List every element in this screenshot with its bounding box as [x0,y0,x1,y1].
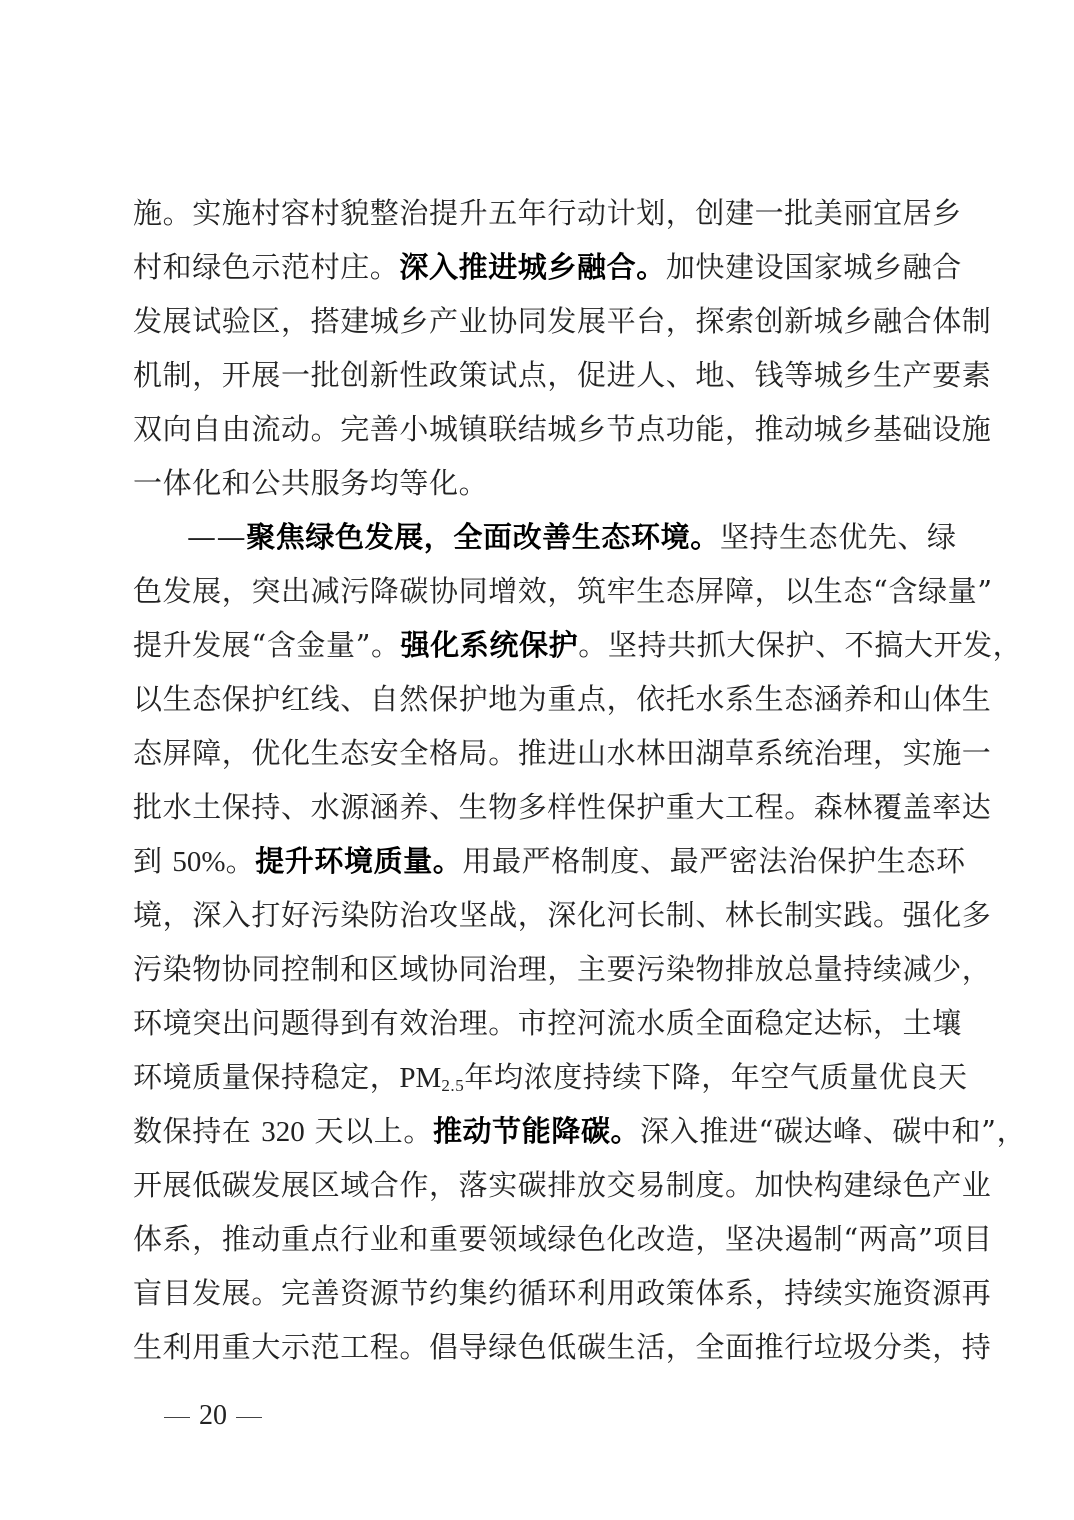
text-line: 开展低碳发展区域合作，落实碳排放交易制度。加快构建绿色产业 [133,1162,945,1216]
text-segment: 施。实施村容村貌整治提升五年行动计划，创建一批美丽宜居乡 [133,196,962,230]
text-line: 提升发展“含金量”。强化系统保护。坚持共抓大保护、不搞大开发， [133,622,945,676]
text-segment: 批水土保持、水源涵养、生物多样性保护重大工程。森林覆盖率达 [133,790,991,824]
text-segment: 。 [226,844,256,878]
text-segment: 双向自由流动。完善小城镇联结城乡节点功能，推动城乡基础设施 [133,412,991,446]
text-segment: 体系，推动重点行业和重要领域绿色化改造，坚决遏制“两高”项目 [133,1222,993,1256]
bold-heading-phrase: 提升环境质量。 [255,844,462,878]
text-line: 盲目发展。完善资源节约集约循环利用政策体系，持续实施资源再 [133,1270,945,1324]
page-number-value: 20 [199,1400,227,1431]
text-line: 态屏障，优化生态安全格局。推进山水林田湖草系统治理，实施一 [133,730,945,784]
numeric-text: 320 [261,1116,305,1148]
text-segment: 一体化和公共服务均等化。 [133,466,488,500]
text-line: 环境质量保持稳定，PM2.5年均浓度持续下降，年空气质量优良天 [133,1054,945,1108]
text-segment: 发展试验区，搭建城乡产业协同发展平台，探索创新城乡融合体制 [133,304,991,338]
text-segment: 环境质量保持稳定， [133,1060,399,1094]
text-line: 批水土保持、水源涵养、生物多样性保护重大工程。森林覆盖率达 [133,784,945,838]
page-number: 20 [155,1400,271,1432]
text-segment: —— [187,520,246,554]
text-segment: 环境突出问题得到有效治理。市控河流水质全面稳定达标，土壤 [133,1006,962,1040]
numeric-text: PM [399,1062,441,1094]
paragraph: 施。实施村容村貌整治提升五年行动计划，创建一批美丽宜居乡村和绿色示范村庄。深入推… [133,190,945,514]
text-segment: 村和绿色示范村庄。 [133,250,399,284]
text-segment: 色发展，突出减污降碳协同增效，筑牢生态屏障，以生态“含绿量” [133,574,993,608]
bold-heading-phrase: 聚焦绿色发展，全面改善生态环境。 [246,520,720,554]
text-line: 一体化和公共服务均等化。 [133,460,945,514]
text-segment: 以生态保护红线、自然保护地为重点，依托水系生态涵养和山体生 [133,682,991,716]
text-line: ——聚焦绿色发展，全面改善生态环境。坚持生态优先、绿 [133,514,945,568]
text-line: 数保持在 320 天以上。推动节能降碳。深入推进“碳达峰、碳中和”， [133,1108,945,1162]
bold-heading-phrase: 推动节能降碳。 [433,1114,640,1148]
page-number-dash-left [164,1417,190,1418]
text-segment: 境，深入打好污染防治攻坚战，深化河长制、林长制实践。强化多 [133,898,991,932]
text-segment: 天以上。 [305,1114,433,1148]
text-line: 双向自由流动。完善小城镇联结城乡节点功能，推动城乡基础设施 [133,406,945,460]
text-segment: 深入推进“碳达峰、碳中和”， [640,1114,1026,1148]
text-segment: 。坚持共抓大保护、不搞大开发， [578,628,1022,662]
bold-heading-phrase: 深入推进城乡融合。 [399,250,665,284]
text-segment: 坚持生态优先、绿 [720,520,957,554]
text-segment: 盲目发展。完善资源节约集约循环利用政策体系，持续实施资源再 [133,1276,991,1310]
text-line: 村和绿色示范村庄。深入推进城乡融合。加快建设国家城乡融合 [133,244,945,298]
text-line: 施。实施村容村貌整治提升五年行动计划，创建一批美丽宜居乡 [133,190,945,244]
text-line: 机制，开展一批创新性政策试点，促进人、地、钱等城乡生产要素 [133,352,945,406]
text-line: 环境突出问题得到有效治理。市控河流水质全面稳定达标，土壤 [133,1000,945,1054]
text-segment: 提升发展“含金量”。 [133,628,401,662]
text-line: 到 50%。提升环境质量。用最严格制度、最严密法治保护生态环 [133,838,945,892]
text-line: 体系，推动重点行业和重要领域绿色化改造，坚决遏制“两高”项目 [133,1216,945,1270]
text-segment: 年均浓度持续下降，年空气质量优良天 [464,1060,967,1094]
text-line: 生利用重大示范工程。倡导绿色低碳生活，全面推行垃圾分类，持 [133,1324,945,1378]
text-line: 发展试验区，搭建城乡产业协同发展平台，探索创新城乡融合体制 [133,298,945,352]
text-segment: 数保持在 [133,1114,261,1148]
bold-heading-phrase: 强化系统保护 [401,628,579,662]
document-page: 施。实施村容村貌整治提升五年行动计划，创建一批美丽宜居乡村和绿色示范村庄。深入推… [0,0,1074,1520]
text-segment: 到 [133,844,172,878]
numeric-text: 50% [172,846,225,878]
body-text: 施。实施村容村貌整治提升五年行动计划，创建一批美丽宜居乡村和绿色示范村庄。深入推… [133,190,945,1378]
text-line: 以生态保护红线、自然保护地为重点，依托水系生态涵养和山体生 [133,676,945,730]
paragraph: ——聚焦绿色发展，全面改善生态环境。坚持生态优先、绿色发展，突出减污降碳协同增效… [133,514,945,1378]
text-segment: 机制，开展一批创新性政策试点，促进人、地、钱等城乡生产要素 [133,358,991,392]
text-segment: 用最严格制度、最严密法治保护生态环 [462,844,965,878]
text-segment: 污染物协同控制和区域协同治理，主要污染物排放总量持续减少， [133,952,991,986]
text-line: 色发展，突出减污降碳协同增效，筑牢生态屏障，以生态“含绿量” [133,568,945,622]
text-segment: 加快建设国家城乡融合 [666,250,962,284]
subscript: 2.5 [441,1076,464,1095]
text-segment: 态屏障，优化生态安全格局。推进山水林田湖草系统治理，实施一 [133,736,991,770]
text-segment: 开展低碳发展区域合作，落实碳排放交易制度。加快构建绿色产业 [133,1168,991,1202]
page-number-dash-right [236,1417,262,1418]
text-line: 污染物协同控制和区域协同治理，主要污染物排放总量持续减少， [133,946,945,1000]
text-line: 境，深入打好污染防治攻坚战，深化河长制、林长制实践。强化多 [133,892,945,946]
text-segment: 生利用重大示范工程。倡导绿色低碳生活，全面推行垃圾分类，持 [133,1330,991,1364]
